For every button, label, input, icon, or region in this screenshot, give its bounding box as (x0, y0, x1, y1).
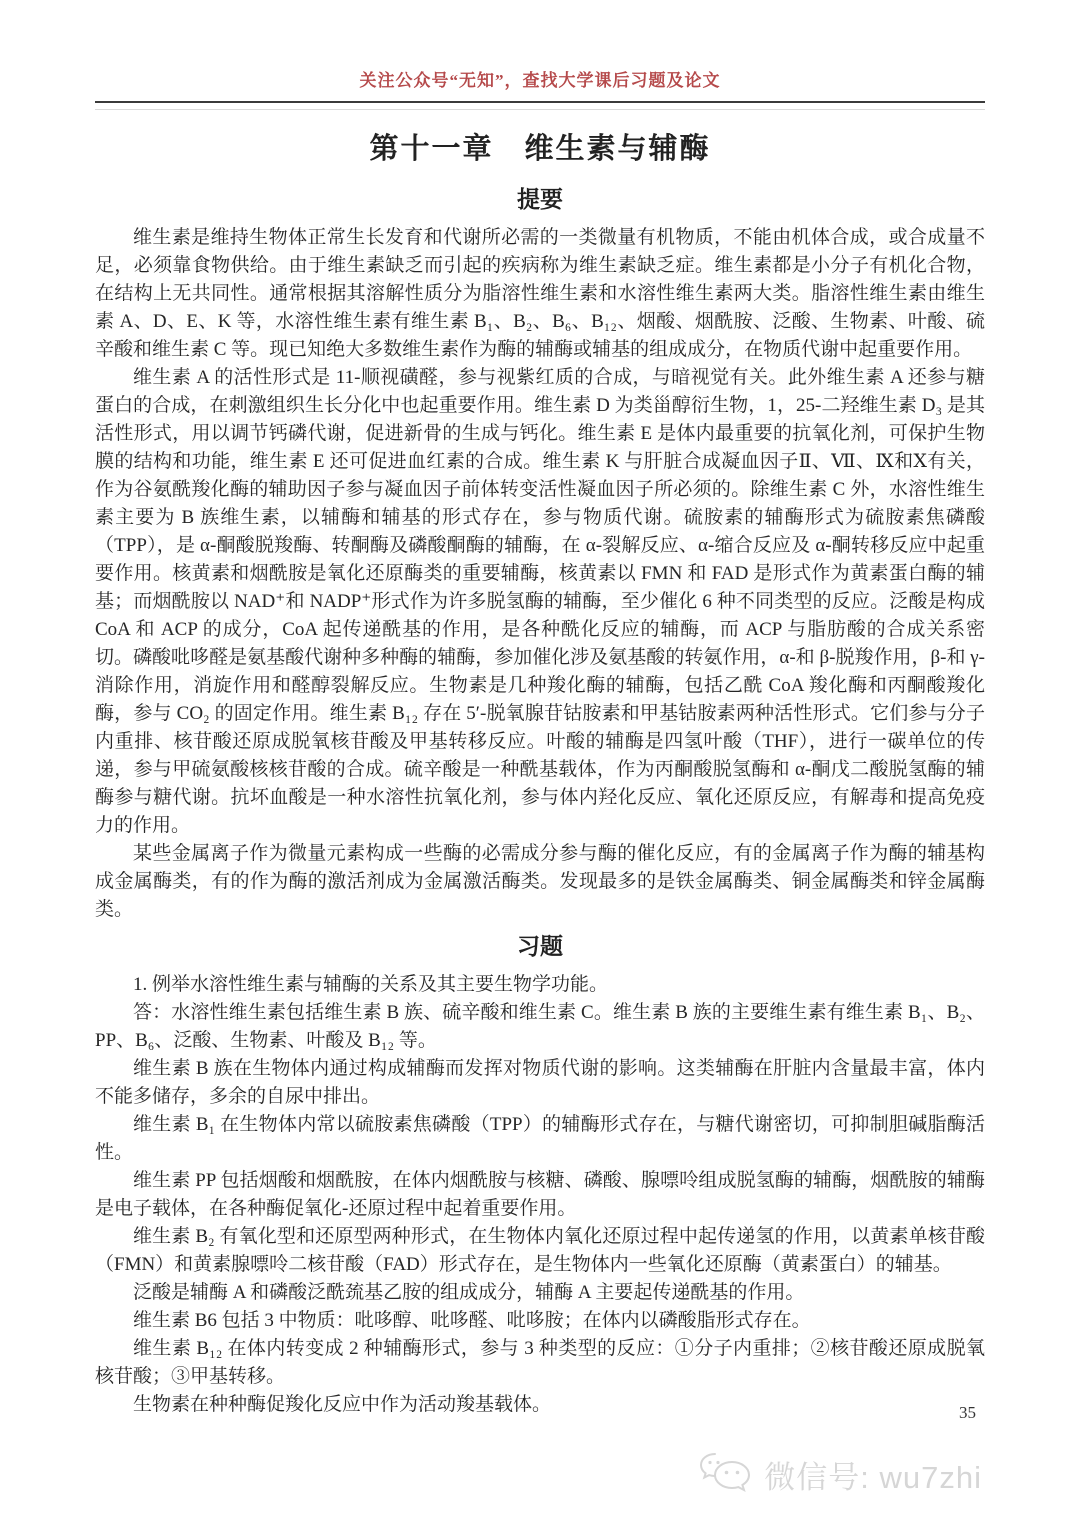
answer-paragraph: 维生素 B₁₂ 在体内转变成 2 种辅酶形式，参与 3 种类型的反应：①分子内重… (95, 1335, 985, 1391)
answer-1: 答：水溶性维生素包括维生素 B 族、硫辛酸和维生素 C。维生素 B 族的主要维生… (95, 999, 985, 1419)
wechat-icon (696, 1448, 754, 1501)
document-page: 关注公众号“无知”，查找大学课后习题及论文 第十一章 维生素与辅酶 提要 维生素… (0, 0, 1080, 1527)
exercises-heading: 习题 (95, 928, 985, 961)
header-rule-dark (95, 101, 985, 103)
answer-paragraph: 维生素 B6 包括 3 中物质：吡哆醇、吡哆醛、吡哆胺；在体内以磷酸脂形式存在。 (95, 1307, 985, 1335)
page-number: 35 (959, 1403, 976, 1423)
summary-paragraph: 维生素是维持生物体正常生长发育和代谢所必需的一类微量有机物质，不能由机体合成，或… (95, 224, 985, 364)
answer-paragraph: 生物素在种种酶促羧化反应中作为活动羧基载体。 (95, 1391, 985, 1419)
summary-section: 维生素是维持生物体正常生长发育和代谢所必需的一类微量有机物质，不能由机体合成，或… (95, 224, 985, 924)
answer-paragraph: 维生素 B 族在生物体内通过构成辅酶而发挥对物质代谢的影响。这类辅酶在肝脏内含量… (95, 1055, 985, 1111)
answer-paragraph: 维生素 B₁ 在生物体内常以硫胺素焦磷酸（TPP）的辅酶形式存在，与糖代谢密切，… (95, 1111, 985, 1167)
question-1: 1. 例举水溶性维生素与辅酶的关系及其主要生物学功能。 (95, 971, 985, 999)
answer-paragraph: 答：水溶性维生素包括维生素 B 族、硫辛酸和维生素 C。维生素 B 族的主要维生… (95, 999, 985, 1055)
header-rule-light (95, 109, 985, 110)
answer-paragraph: 泛酸是辅酶 A 和磷酸泛酰巯基乙胺的组成成分，辅酶 A 主要起传递酰基的作用。 (95, 1279, 985, 1307)
answer-paragraph: 维生素 PP 包括烟酸和烟酰胺，在体内烟酰胺与核糖、磷酸、腺嘌呤组成脱氢酶的辅酶… (95, 1167, 985, 1223)
exercises-section: 1. 例举水溶性维生素与辅酶的关系及其主要生物学功能。 答：水溶性维生素包括维生… (95, 971, 985, 1419)
chapter-title: 第十一章 维生素与辅酶 (95, 126, 985, 167)
summary-heading: 提要 (95, 181, 985, 214)
summary-paragraph: 某些金属离子作为微量元素构成一些酶的必需成分参与酶的催化反应，有的金属离子作为酶… (95, 840, 985, 924)
summary-paragraph: 维生素 A 的活性形式是 11-顺视磺醛，参与视紫红质的合成，与暗视觉有关。此外… (95, 364, 985, 840)
promo-header: 关注公众号“无知”，查找大学课后习题及论文 (95, 0, 985, 91)
wechat-watermark: 微信号: wu7zhi (696, 1448, 982, 1501)
answer-paragraph: 维生素 B₂ 有氧化型和还原型两种形式，在生物体内氧化还原过程中起传递氢的作用，… (95, 1223, 985, 1279)
wechat-id-label: 微信号: wu7zhi (764, 1452, 982, 1497)
